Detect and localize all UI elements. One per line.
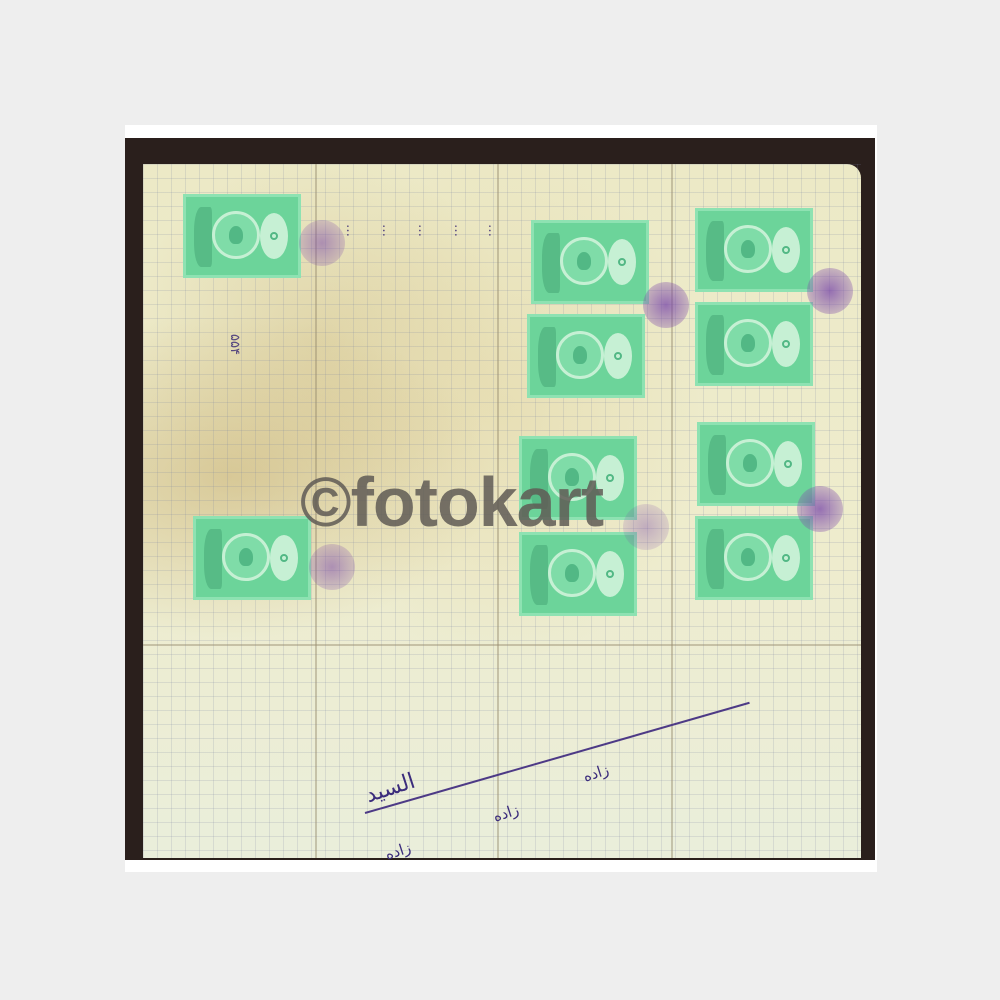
revenue-stamp (519, 532, 637, 616)
revenue-stamp (531, 220, 649, 304)
revenue-stamp (695, 302, 813, 386)
ink-seal (623, 504, 669, 550)
revenue-stamp (697, 422, 815, 506)
revenue-stamp (527, 314, 645, 398)
revenue-stamp (695, 516, 813, 600)
revenue-stamp (193, 516, 311, 600)
ink-seal (807, 268, 853, 314)
handwritten-line: … (379, 224, 394, 644)
revenue-stamp (695, 208, 813, 292)
handwritten-line: … (415, 224, 430, 644)
revenue-stamp (183, 194, 301, 278)
ink-seal (643, 282, 689, 328)
fold-line (143, 644, 861, 646)
ink-seal (797, 486, 843, 532)
ink-seal (299, 220, 345, 266)
handwritten-line: … (343, 224, 358, 644)
watermark: ©fotokart (300, 462, 603, 542)
handwritten-line: … (451, 224, 466, 644)
fold-line (671, 164, 673, 858)
handwritten-number: ۵۵۴ (227, 334, 242, 414)
